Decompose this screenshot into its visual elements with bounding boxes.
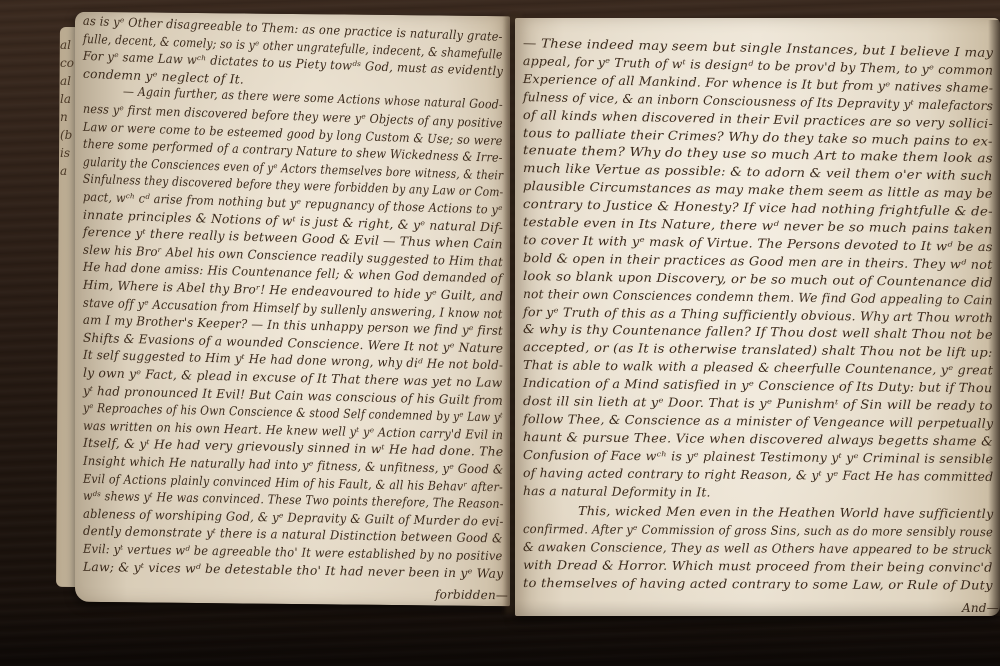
manuscript-line: That is able to walk with a pleased & ch… <box>523 358 993 377</box>
manuscript-line: of having acted contrary to right Reason… <box>523 466 993 484</box>
right-page: — These indeed may seem but single Insta… <box>515 18 1000 616</box>
manuscript-line: accepted, or (as It is otherwise transla… <box>523 340 993 360</box>
manuscript-line: & awaken Conscience, They as well as Oth… <box>523 540 993 557</box>
manuscript-line: not their own Consciences condemn them. … <box>523 287 993 307</box>
manuscript-line: condemn yᵉ neglect of It. <box>83 67 244 87</box>
margin-fragment: is <box>60 146 70 160</box>
manuscript-line: This, wicked Men even in the Heathen Wor… <box>578 504 994 521</box>
left-page: as is yᵉ Other disagreeable to Them: as … <box>75 12 510 607</box>
manuscript-line: for yᵉ Truth of this as a Thing sufficie… <box>523 305 993 325</box>
manuscript-line: confirmed. After yᵉ Commission of gross … <box>523 522 993 539</box>
manuscript-line: look so blank upon Discovery, or be so m… <box>523 269 993 290</box>
manuscript-line: Law; & yᵗ vices wᵈ be detestable tho' It… <box>83 559 503 580</box>
manuscript-line: Confusion of Face wᶜʰ is yᵉ plainest Tes… <box>523 448 993 466</box>
margin-fragment: a <box>60 164 67 178</box>
manuscript-line: to cover It with yᵉ mask of Virtue. The … <box>523 233 993 254</box>
margin-fragment: n <box>60 110 68 124</box>
right-page-shadow <box>988 20 1000 616</box>
margin-fragment: al <box>60 74 71 88</box>
manuscript-line: & why is thy Countenance fallen? If Thou… <box>523 322 993 342</box>
manuscript-line: follow Thee, & Conscience as a minister … <box>523 412 994 431</box>
margin-fragment: co <box>60 56 74 70</box>
manuscript-line: with Dread & Horror. Which must proceed … <box>523 558 993 575</box>
manuscript-line: Indication of a Mind satisfied in yᵉ Con… <box>523 376 993 395</box>
manuscript-line: bold & open in their practices as Good m… <box>523 251 993 272</box>
manuscript-line: dost ill sin lieth at yᵉ Door. That is y… <box>523 394 993 413</box>
desk-surface <box>0 600 1000 666</box>
manuscript-line: to themselves of having acted contrary t… <box>523 576 993 592</box>
manuscript-line: haunt & pursue Thee. Vice when discovere… <box>523 430 993 448</box>
margin-fragment: la <box>60 92 71 106</box>
margin-fragment: (b <box>60 128 72 142</box>
margin-fragment: al <box>60 38 71 52</box>
manuscript-line: has a natural Deformity in It. <box>523 484 711 499</box>
left-page-text: as is yᵉ Other disagreeable to Them: as … <box>75 12 510 17</box>
